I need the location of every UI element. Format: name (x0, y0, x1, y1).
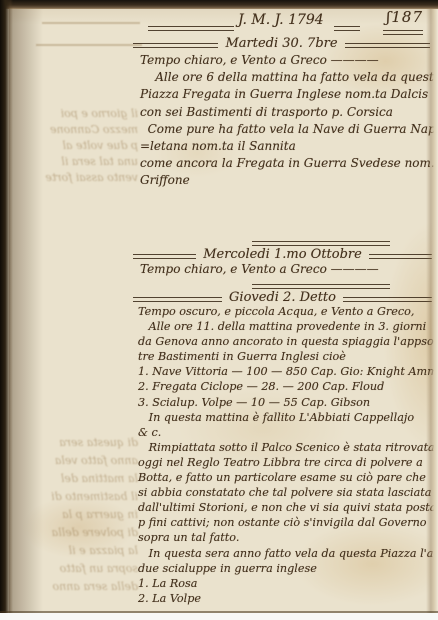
manuscript-line: Tempo chiaro, e Vento a Greco ———— (140, 52, 432, 69)
book-top-edge (0, 0, 438, 9)
date-rule (133, 297, 222, 302)
manuscript-line: In questa mattina è fallito L'Abbiati Ca… (138, 410, 430, 425)
bleedthrough-line: il giorno e poi (30, 106, 138, 122)
motto-rule-left (148, 26, 234, 31)
page-stack-right-edge (426, 0, 438, 613)
motto-rule-right (334, 26, 360, 31)
manuscript-line: In questa sera anno fatto vela da questa… (138, 546, 430, 561)
bleedthrough-line: di questa sera (26, 434, 138, 452)
manuscript-line: 2. La Volpe (138, 591, 430, 606)
bleedthrough-line: vento assai forte (30, 170, 138, 186)
section-divider-rule (252, 284, 390, 289)
manuscript-line: come ancora la Fregata in Guerra Svedese… (140, 155, 432, 172)
date-header-mercoledi: Mercoledi 1.mo Ottobre (133, 247, 432, 262)
manuscript-line: Alle ore 6 della mattina ha fatto vela d… (140, 69, 432, 86)
book-left-edge (0, 0, 13, 613)
bleedthrough-line: in guerra p la (26, 506, 138, 524)
manuscript-line: dall'ultimi Storioni, e non che vi sia q… (138, 500, 430, 515)
scanner-bottom-strip (0, 613, 438, 620)
bleedthrough-line: il bastimento di (26, 488, 138, 506)
manuscript-line: =letana nom.ta il Sannita (140, 138, 432, 155)
bleedthrough-line: sopra un fatto (26, 560, 138, 578)
bleedthrough-rule (42, 22, 140, 24)
motto-text: J. M. J. 1794 (238, 12, 324, 28)
date-rule (133, 254, 196, 259)
date-header-giovedi: Giovedi 2. Detto (133, 290, 432, 305)
manuscript-line: oggi nel Reglo Teatro Libbra tre circa d… (138, 455, 430, 470)
manuscript-line: & c. (138, 425, 430, 440)
bleedthrough-line: della sera anno (26, 578, 138, 596)
manuscript-line: Tempo chiaro, e Vento a Greco ———— (140, 261, 432, 278)
date-rule (133, 43, 218, 48)
date-rule (369, 254, 432, 259)
manuscript-scan: il giorno e poimezzo Cannonep due volte … (0, 0, 438, 620)
bleedthrough-text-lower: di questa seraanno fatto velala mattina … (26, 380, 138, 596)
page-number-value: 187 (391, 8, 423, 26)
manuscript-line: Alle ore 11. della mattina provedente in… (138, 319, 430, 334)
bleedthrough-line: p due volte al (30, 138, 138, 154)
manuscript-line: si abbia constatato che tal polvere sia … (138, 485, 430, 500)
manuscript-line: due scialuppe in guerra inglese (138, 561, 430, 576)
manuscript-line: sopra un tal fatto. (138, 530, 430, 545)
page-number-underline (383, 30, 423, 35)
bleedthrough-line: anno fatto vela (26, 452, 138, 470)
manuscript-line: Griffone (140, 172, 432, 189)
manuscript-line: Tempo oscuro, e piccola Acqua, e Vento a… (138, 304, 430, 319)
page-number: ʃ187 (386, 8, 423, 26)
manuscript-line: 2. Fregata Ciclope — 28. — 200 Cap. Flou… (138, 379, 430, 394)
date-header-text: Giovedi 2. Detto (229, 290, 336, 305)
bleedthrough-text-upper: il giorno e poimezzo Cannonep due volte … (30, 58, 138, 186)
date-header-text: Martedi 30. 7bre (225, 36, 337, 51)
bleedthrough-line: la mattina del (26, 470, 138, 488)
manuscript-line: con sei Bastimenti di trasporto p. Corsi… (140, 104, 432, 121)
bleedthrough-rule (36, 44, 142, 46)
manuscript-line: da Genova anno ancorato in questa spiagg… (138, 334, 430, 349)
entry-giovedi: Tempo oscuro, e piccola Acqua, e Vento a… (138, 304, 430, 606)
date-header-text: Mercoledi 1.mo Ottobre (203, 247, 362, 262)
manuscript-line: 3. Scialup. Volpe — 10 — 55 Cap. Gibson (138, 395, 430, 410)
date-header-martedi: Martedi 30. 7bre (133, 36, 430, 51)
section-divider-rule (252, 241, 390, 246)
manuscript-line: p fini cattivi; non ostante ciò s'invigi… (138, 515, 430, 530)
manuscript-line: tre Bastimenti in Guerra Inglesi cioè (138, 349, 430, 364)
manuscript-line: Come pure ha fatto vela la Nave di Guerr… (140, 121, 432, 138)
date-rule (343, 297, 432, 302)
bleedthrough-line: una tal sera il (30, 154, 138, 170)
entry-martedi: Tempo chiaro, e Vento a Greco ———— Alle … (140, 52, 432, 190)
date-rule (345, 43, 430, 48)
manuscript-line: 1. Nave Vittoria — 100 — 850 Cap. Gio: K… (138, 364, 430, 379)
manuscript-line: 1. La Rosa (138, 576, 430, 591)
manuscript-line: Piazza Fregata in Guerra Inglese nom.ta … (140, 86, 432, 103)
bleedthrough-line: mezzo Cannone (30, 122, 138, 138)
manuscript-line: Botta, e fatto un particolare esame su c… (138, 470, 430, 485)
bleedthrough-line: la piazza e il (26, 542, 138, 560)
entry-mercoledi: Tempo chiaro, e Vento a Greco ———— (140, 261, 432, 278)
bleedthrough-line: di polvere della (26, 524, 138, 542)
manuscript-line: Rimpiattata sotto il Palco Scenico è sta… (138, 440, 430, 455)
